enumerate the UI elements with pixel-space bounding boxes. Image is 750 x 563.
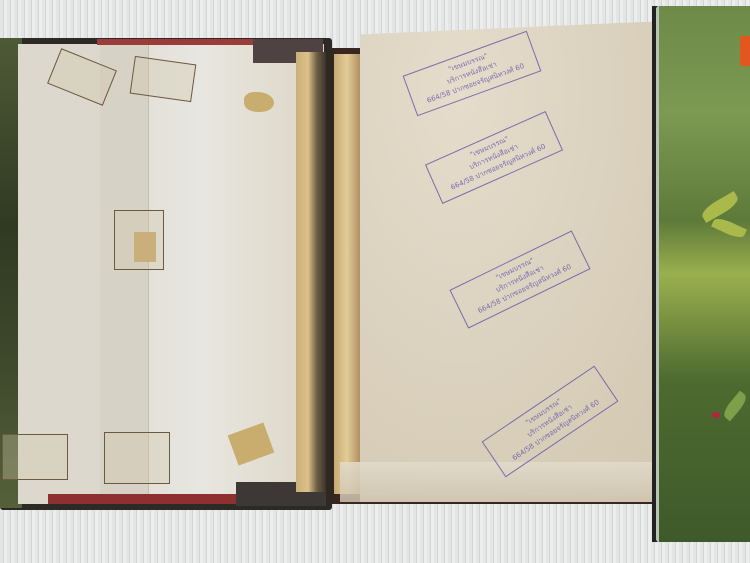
tape-mark — [2, 434, 68, 480]
adjacent-book-cover — [656, 6, 750, 542]
glue-stain — [244, 92, 274, 112]
tape-stain — [134, 232, 156, 262]
red-berry — [712, 412, 720, 418]
right-hinge-tape — [334, 54, 360, 494]
red-cover-edge-bottom — [48, 494, 236, 504]
adjacent-book-title-fragment — [740, 36, 750, 66]
red-cover-edge-top — [97, 39, 255, 45]
left-hinge-tape — [296, 52, 326, 492]
tape-mark — [104, 432, 170, 484]
